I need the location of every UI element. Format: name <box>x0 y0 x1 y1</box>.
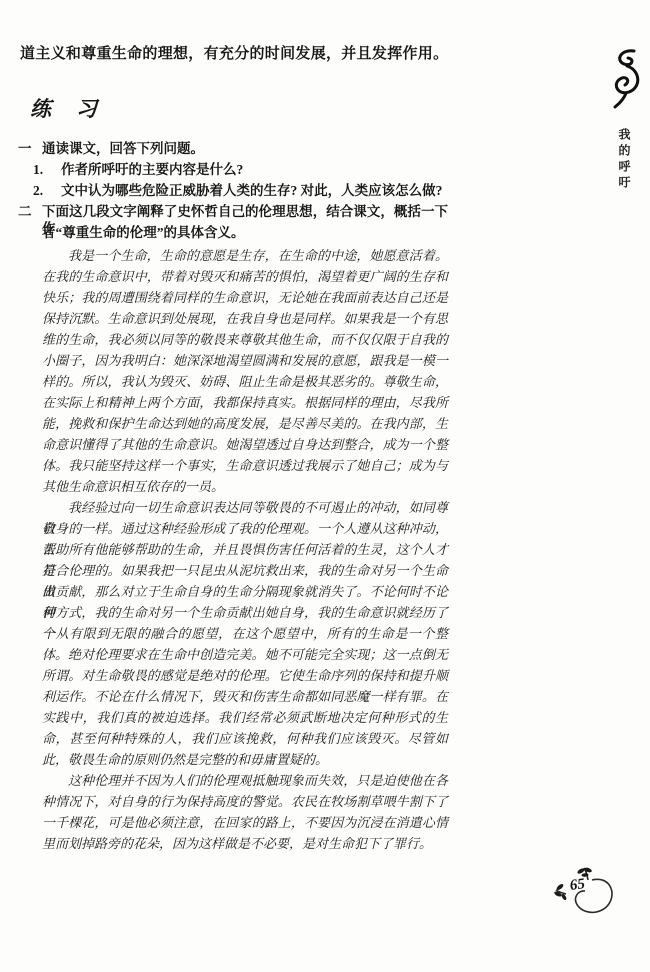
quote-line: 其他生命意识相互依存的一员。 <box>42 476 448 497</box>
page-number-ornament: 65 <box>554 866 620 926</box>
exercise-one-subitem-2: 2.文中认为哪些危险正威胁着人类的生存? 对此，人类应该怎么做? <box>33 182 450 199</box>
quote-line: 个从有限到无限的融合的愿望，在这个愿望中，所有的生命是一个整体。 <box>42 623 448 644</box>
quote-line: 利运作。不论在什么情况下，毁灭和伤害生命都如同恶魔一样有罪。在 <box>42 686 448 707</box>
lesson-text-continuation: 道主义和尊重生命的理想，有充分的时间发展，并且发挥作用。 <box>20 44 452 64</box>
quote-line: 里而划掉路旁的花朵，因为这样做是不必要，是对生命犯下了罪行。 <box>42 833 448 854</box>
exercise-item-one: 一通读课文，回答下列问题。 <box>18 140 450 157</box>
exercise-one-text: 通读课文，回答下列问题。 <box>42 141 204 156</box>
quote-line: 保持沉默。生命意识到处展现，在我自身也是同样。如果我是一个有思 <box>42 308 448 329</box>
quote-line: 快乐；我的周遭围绕着同样的生命意识，无论她在我面前表达自己还是 <box>42 287 448 308</box>
exercise-two-text-line2: 者“尊重生命的伦理”的具体含义。 <box>42 224 448 241</box>
subitem-1-text: 作者所呼吁的主要内容是什么? <box>61 162 243 177</box>
quote-line: 样的。所以，我认为毁灭、妨碍、阻止生命是极其恶劣的。尊敬生命， <box>42 371 448 392</box>
quote-line: 体。我只能坚持这样一个事实，生命意识透过我展示了她自己；成为与 <box>42 455 448 476</box>
exercise-two-marker: 二 <box>18 203 42 220</box>
quote-line: 种情况下，对自身的行为保持高度的警觉。农民在牧场割草喂牛割下了 <box>42 791 448 812</box>
quote-line: 在我的生命意识中，带着对毁灭和痛苦的惧怕，渴望着更广阔的生存和 <box>42 266 448 287</box>
exercise-one-marker: 一 <box>18 140 42 157</box>
quote-line: 我是一个生命，生命的意愿是生存，在生命的中途，她愿意活着。 <box>42 245 448 266</box>
quote-line: 帮助所有他能够帮助的生命，并且畏惧伤害任何活着的生灵，这个人才是 <box>42 539 448 560</box>
exercises-heading: 练 习 <box>30 93 99 123</box>
subitem-1-number: 1. <box>33 161 61 178</box>
leaf-flourish-icon <box>554 866 620 926</box>
schweitzer-quote-passage: 我是一个生命，生命的意愿是生存，在生命的中途，她愿意活着。 在我的生命意识中，带… <box>42 245 448 854</box>
quote-line: 绝对伦理要求在生命中创造完美。她不可能完全实现；这一点倒无 <box>42 644 448 665</box>
flourish-ornament-icon <box>611 48 643 110</box>
quote-line: 出贡献，那么对立于生命自身的生命分隔现象就消失了。不论何时不论何 <box>42 581 448 602</box>
textbook-page: 道主义和尊重生命的理想，有充分的时间发展，并且发挥作用。 练 习 一通读课文，回… <box>0 0 650 972</box>
quote-line: 自身的一样。通过这种经验形成了我的伦理观。一个人遵从这种冲动，去 <box>42 518 448 539</box>
quote-line: 小圈子，因为我明白：她深深地渴望圆满和发展的意愿，跟我是一模一 <box>42 350 448 371</box>
quote-line: 在实际上和精神上两个方面，我都保持真实。根据同样的理由，尽我所 <box>42 392 448 413</box>
exercise-one-subitem-1: 1.作者所呼吁的主要内容是什么? <box>33 161 450 178</box>
subitem-2-text: 文中认为哪些危险正威胁着人类的生存? 对此，人类应该怎么做? <box>61 183 442 198</box>
quote-line: 命，甚至何种特殊的人，我们应该挽救，何种我们应该毁灭。尽管如 <box>42 728 448 749</box>
page-number: 65 <box>569 876 586 895</box>
quote-line: 能，挽救和保护生命达到她的高度发展，是尽善尽美的。在我内部，生 <box>42 413 448 434</box>
quote-line: 种方式，我的生命对另一个生命贡献出她自身，我的生命意识就经历了一 <box>42 602 448 623</box>
quote-line: 命意识懂得了其他的生命意识。她渴望透过自身达到整合，成为一个整 <box>42 434 448 455</box>
quote-line: 符合伦理的。如果我把一只昆虫从泥坑救出来，我的生命对另一个生命做 <box>42 560 448 581</box>
quote-line: 一千棵花，可是他必须注意，在回家的路上，不要因为沉浸在消遣心情 <box>42 812 448 833</box>
quote-line: 实践中，我们真的被迫选择。我们经常必须武断地决定何种形式的生 <box>42 707 448 728</box>
quote-line: 此，敬畏生命的原则仍然是完整的和毋庸置疑的。 <box>42 749 448 770</box>
chapter-title-vertical: 我的呼吁 <box>616 128 633 192</box>
subitem-2-number: 2. <box>33 182 61 199</box>
quote-line: 维的生命，我必须以同等的敬畏来尊敬其他生命，而不仅仅限于自我的 <box>42 329 448 350</box>
quote-line: 这种伦理并不因为人们的伦理观抵触现象而失效，只是迫使他在各 <box>42 770 448 791</box>
quote-line: 我经验过向一切生命意识表达同等敬畏的不可遏止的冲动，如同尊敬 <box>42 497 448 518</box>
quote-line: 所谓。对生命敬畏的感觉是绝对的伦理。它使生命序列的保持和提升顺 <box>42 665 448 686</box>
